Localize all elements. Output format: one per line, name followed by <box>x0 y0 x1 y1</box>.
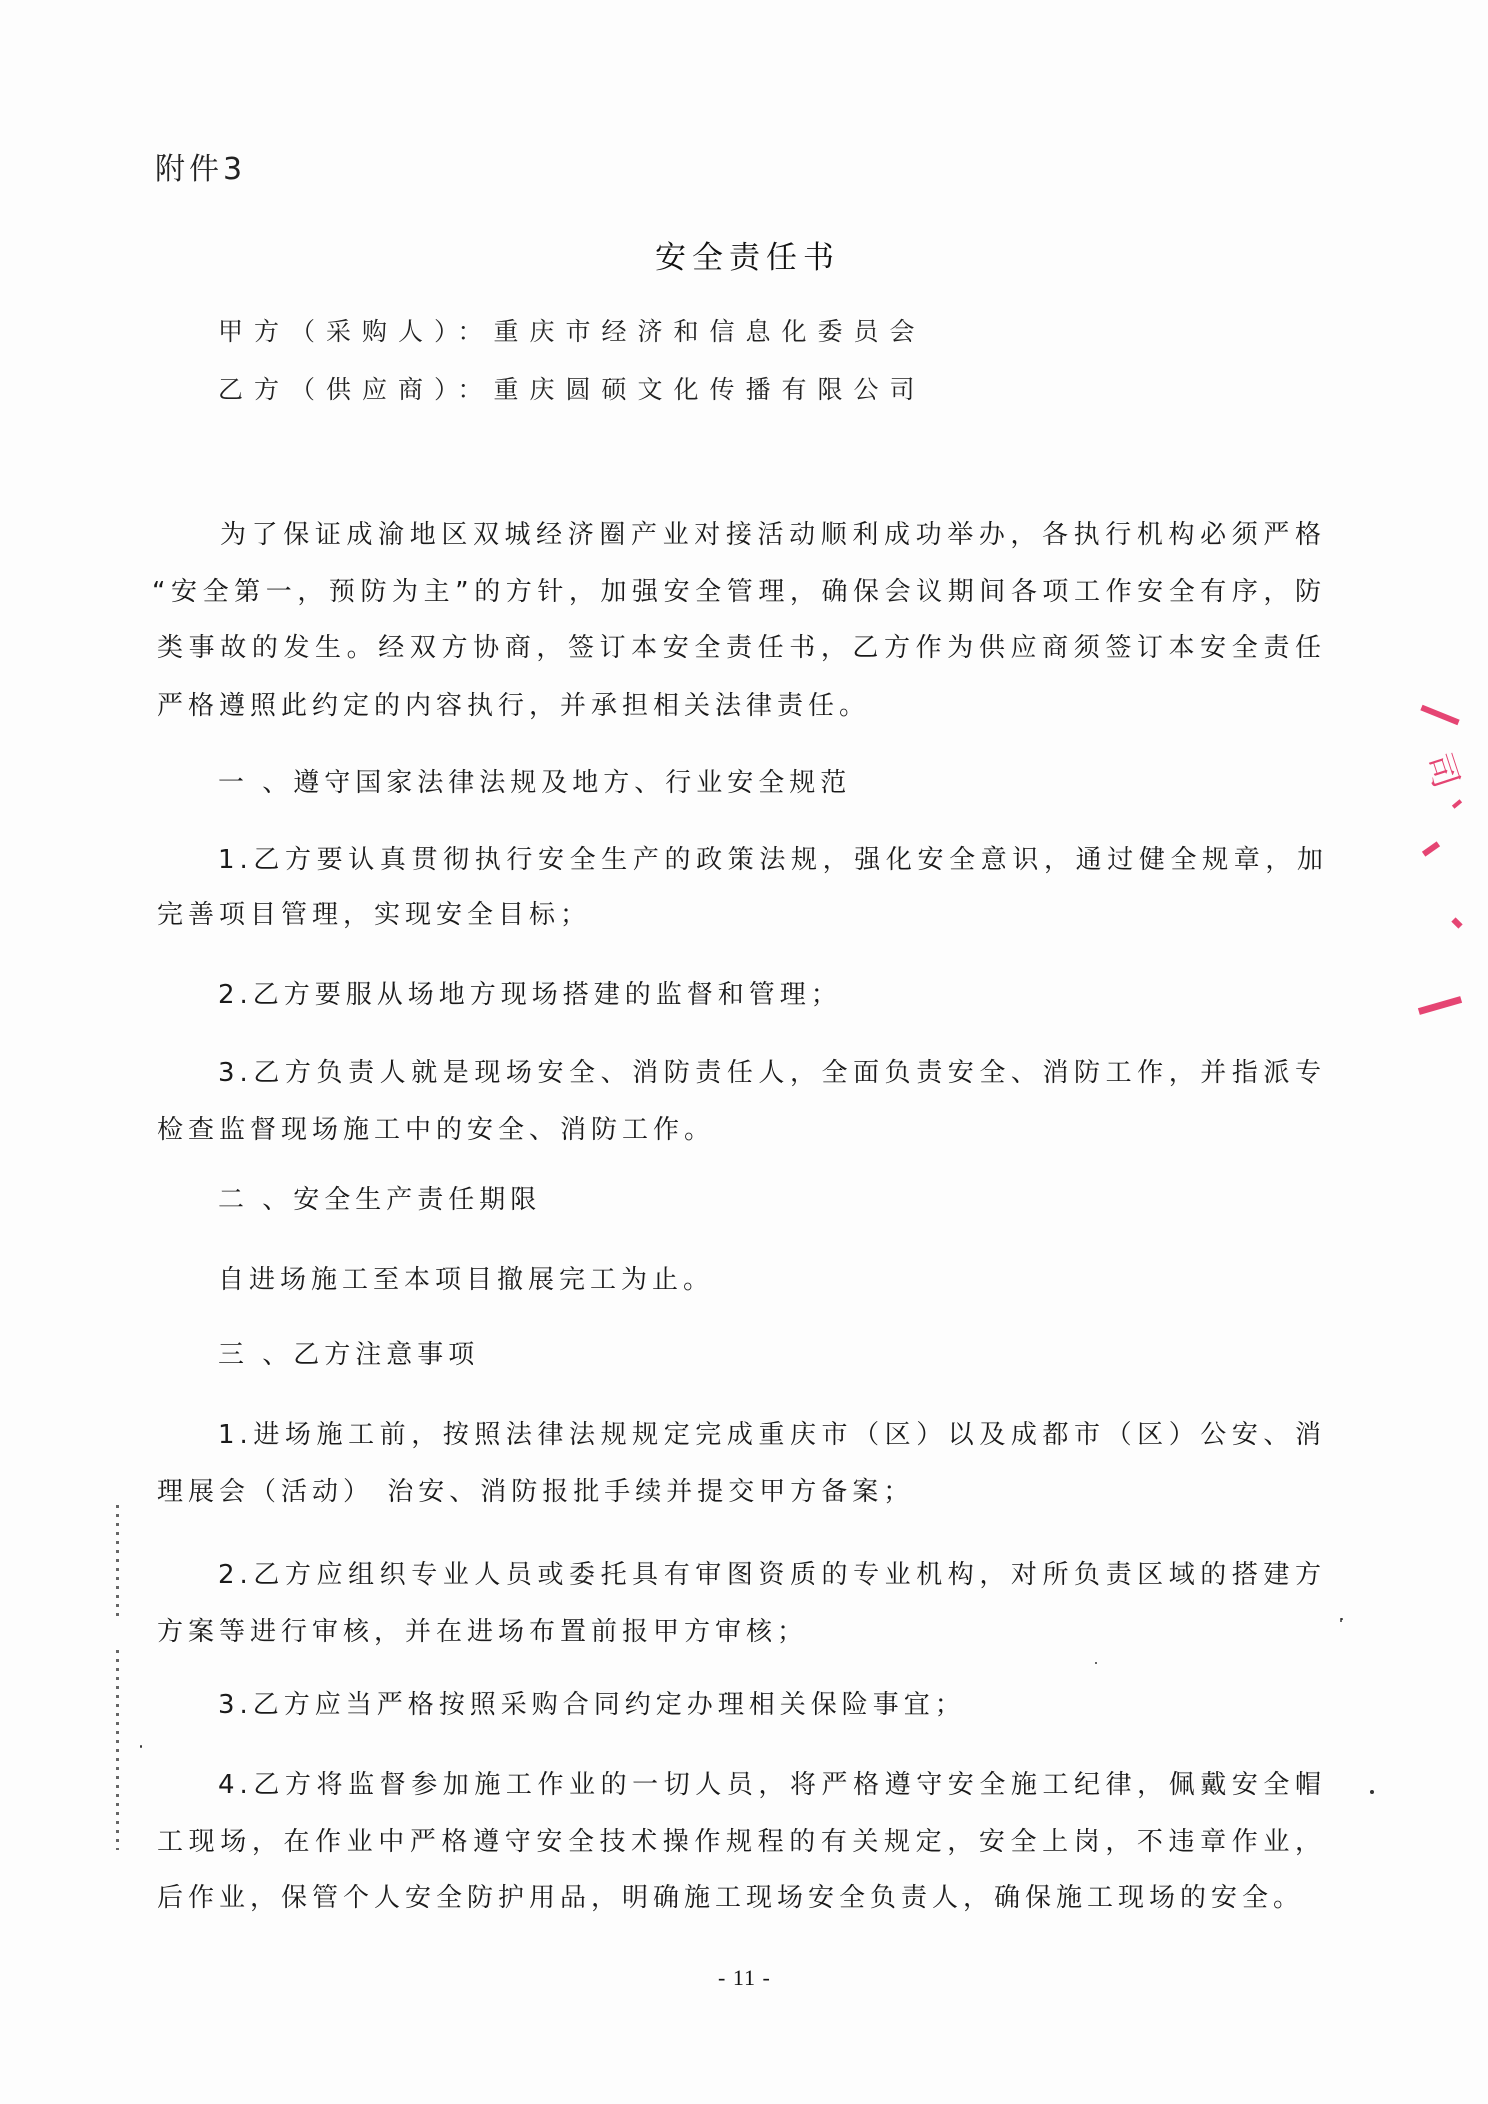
seal-fragment <box>1418 996 1462 1015</box>
scan-speck <box>1370 1790 1374 1794</box>
section-3-item-1-line: 1.进场施工前，按照法律法规规定完成重庆市（区）以及成都市（区）公安、消防部门办 <box>218 1419 1326 1451</box>
section-3-item-4-line: 工现场，在作业中严格遵守安全技术操作规程的有关规定，安全上岗，不违章作业，严禁酒 <box>157 1826 1326 1858</box>
section-3-item-4-line: 4.乙方将监督参加施工作业的一切人员，将严格遵守安全施工纪律，佩戴安全帽进入施 <box>218 1769 1326 1801</box>
section-2-item-line: 自进场施工至本项目撤展完工为止。 <box>218 1264 714 1296</box>
intro-line: 严格遵照此约定的内容执行，并承担相关法律责任。 <box>157 690 870 722</box>
party-a: 甲方（采购人）：重庆市经济和信息化委员会 <box>218 316 926 348</box>
section-heading-2: 二 、安全生产责任期限 <box>218 1184 541 1216</box>
seal-fragment <box>1451 917 1462 928</box>
party-b: 乙方（供应商）：重庆圆硕文化传播有限公司 <box>218 374 926 406</box>
section-1-item-1-line: 1.乙方要认真贯彻执行安全生产的政策法规，强化安全意识，通过健全规章，加强防范， <box>218 844 1328 876</box>
seal-fragment <box>1452 799 1462 808</box>
page-number: - 11 - <box>718 1962 771 1994</box>
section-1-item-3-line: 3.乙方负责人就是现场安全、消防责任人，全面负责安全、消防工作，并指派专职安全员 <box>218 1057 1326 1089</box>
section-1-item-3-line: 检查监督现场施工中的安全、消防工作。 <box>157 1114 715 1146</box>
section-heading-1: 一 、遵守国家法律法规及地方、行业安全规范 <box>218 767 851 799</box>
section-3-item-4-line: 后作业，保管个人安全防护用品，明确施工现场安全负责人，确保施工现场的安全。 <box>157 1882 1304 1914</box>
page-title: 安全责任书 <box>655 238 840 278</box>
intro-line: “安全第一，预防为主”的方针，加强安全管理，确保会议期间各项工作安全有序，防止各 <box>152 576 1326 608</box>
seal-fragment <box>1422 841 1440 856</box>
attachment-label: 附件3 <box>155 150 246 190</box>
section-heading-3: 三 、乙方注意事项 <box>218 1339 479 1371</box>
section-3-item-3-line: 3.乙方应当严格按照采购合同约定办理相关保险事宜； <box>218 1689 966 1721</box>
intro-line: 为了保证成渝地区双城经济圈产业对接活动顺利成功举办，各执行机构必须严格贯彻执行 <box>220 519 1326 551</box>
scan-speck <box>1340 1620 1342 1622</box>
section-3-item-1-line: 理展会（活动） 治安、消防报批手续并提交甲方备案； <box>157 1476 914 1508</box>
scan-speck <box>140 1745 142 1748</box>
binding-marks <box>116 1650 119 1850</box>
document-page: 附件3 安全责任书 甲方（采购人）：重庆市经济和信息化委员会 乙方（供应商）：重… <box>0 0 1488 2104</box>
section-3-item-2-line: 2.乙方应组织专业人员或委托具有审图资质的专业机构，对所负责区域的搭建方案、布置 <box>218 1559 1326 1591</box>
binding-marks <box>116 1505 119 1620</box>
section-1-item-2-line: 2.乙方要服从场地方现场搭建的监督和管理； <box>218 979 842 1011</box>
seal-fragment <box>1420 705 1459 726</box>
intro-line: 类事故的发生。经双方协商，签订本安全责任书，乙方作为供应商须签订本安全责任书，并 <box>157 632 1326 664</box>
seal-char: 司 <box>1416 746 1473 793</box>
scan-speck <box>1095 1662 1097 1664</box>
section-3-item-2-line: 方案等进行审核，并在进场布置前报甲方审核； <box>157 1616 808 1648</box>
section-1-item-1-line: 完善项目管理，实现安全目标； <box>157 899 591 931</box>
